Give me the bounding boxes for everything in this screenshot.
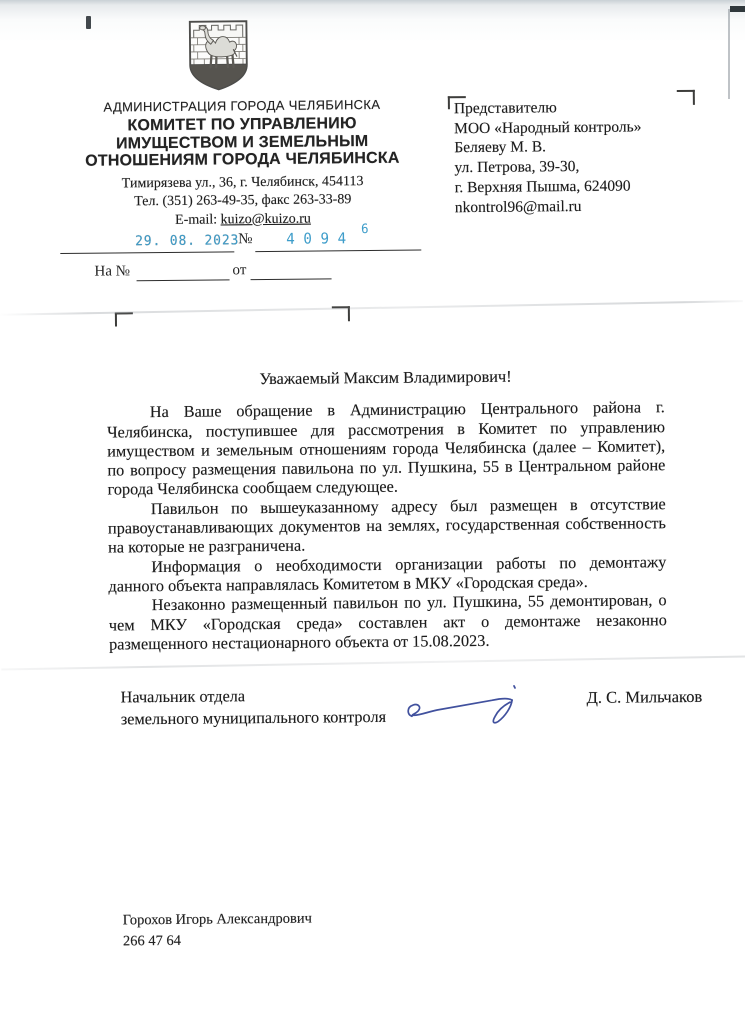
incoming-number-underline [137, 279, 230, 281]
org-email-line: E-mail: kuizo@kuizo.ru [57, 209, 429, 231]
outgoing-number-stamp: 4094 [286, 229, 355, 248]
email-label: E-mail: [175, 212, 221, 227]
signer-name: Д. С. Мильчаков [587, 687, 703, 708]
incoming-number-label: На № [94, 263, 130, 280]
body-paragraph: Павильон по вышеуказанному адресу был ра… [108, 494, 667, 557]
corner-mark [332, 306, 350, 321]
recipient-line: Беляеву М. В. [454, 136, 694, 158]
executor-phone: 266 47 64 [123, 929, 312, 951]
org-address-block: Тимирязева ул., 36, г. Челябинск, 454113… [57, 172, 430, 231]
recipient-line: Представителю [454, 97, 694, 119]
corner-mark [115, 312, 133, 326]
org-parent-name: АДМИНИСТРАЦИЯ ГОРОДА ЧЕЛЯБИНСКА [56, 96, 428, 116]
number-underline [255, 250, 421, 253]
body-paragraph: На Ваше обращение в Администрацию Центра… [107, 397, 666, 499]
executor-block: Горохов Игорь Александрович 266 47 64 [123, 909, 313, 952]
incoming-date-underline [251, 278, 332, 280]
email-address: kuizo@kuizo.ru [221, 211, 311, 227]
scan-edge-line [728, 9, 730, 99]
recipient-line: ул. Петрова, 39-30, [454, 156, 694, 178]
letter-body: Уважаемый Максим Владимирович! На Ваше о… [106, 365, 667, 653]
salutation: Уважаемый Максим Владимирович! [106, 365, 664, 390]
scan-edge-mark [730, 6, 745, 12]
handwritten-signature [399, 674, 552, 731]
signer-position-line: земельного муниципального контроля [121, 705, 386, 729]
recipient-line: г. Верхняя Пышма, 624090 [455, 176, 695, 198]
outgoing-date-stamp: 29. 08. 2023 [135, 232, 239, 249]
body-paragraph: Информация о необходимости организации р… [108, 552, 666, 596]
scanned-letter-page: АДМИНИСТРАЦИЯ ГОРОДА ЧЕЛЯБИНСКА КОМИТЕТ … [0, 0, 745, 1024]
executor-name: Горохов Игорь Александрович [123, 909, 312, 931]
recipient-address-block: Представителю МОО «Народный контроль» Бе… [454, 97, 695, 218]
letterhead: АДМИНИСТРАЦИЯ ГОРОДА ЧЕЛЯБИНСКА КОМИТЕТ … [56, 96, 429, 231]
incoming-date-label: от [232, 262, 246, 279]
date-underline [60, 251, 234, 254]
paper-fold-line [1, 655, 745, 670]
signer-position: Начальник отдела земельного муниципально… [120, 684, 386, 730]
signer-position-line: Начальник отдела [120, 684, 385, 708]
org-name-line-3: ОТНОШЕНИЯМ ГОРОДА ЧЕЛЯБИНСКА [56, 149, 428, 170]
outgoing-number-superscript: 6 [361, 222, 369, 237]
body-paragraph: Незаконно размещенный павильон по ул. Пу… [109, 590, 668, 653]
recipient-line: МОО «Народный контроль» [454, 117, 694, 139]
recipient-line: nkontrol96@mail.ru [455, 195, 695, 217]
paper-fold-line [0, 300, 743, 315]
chelyabinsk-coat-of-arms-icon [185, 17, 252, 94]
scan-edge-mark [86, 16, 91, 29]
number-sign-label: № [238, 231, 252, 248]
